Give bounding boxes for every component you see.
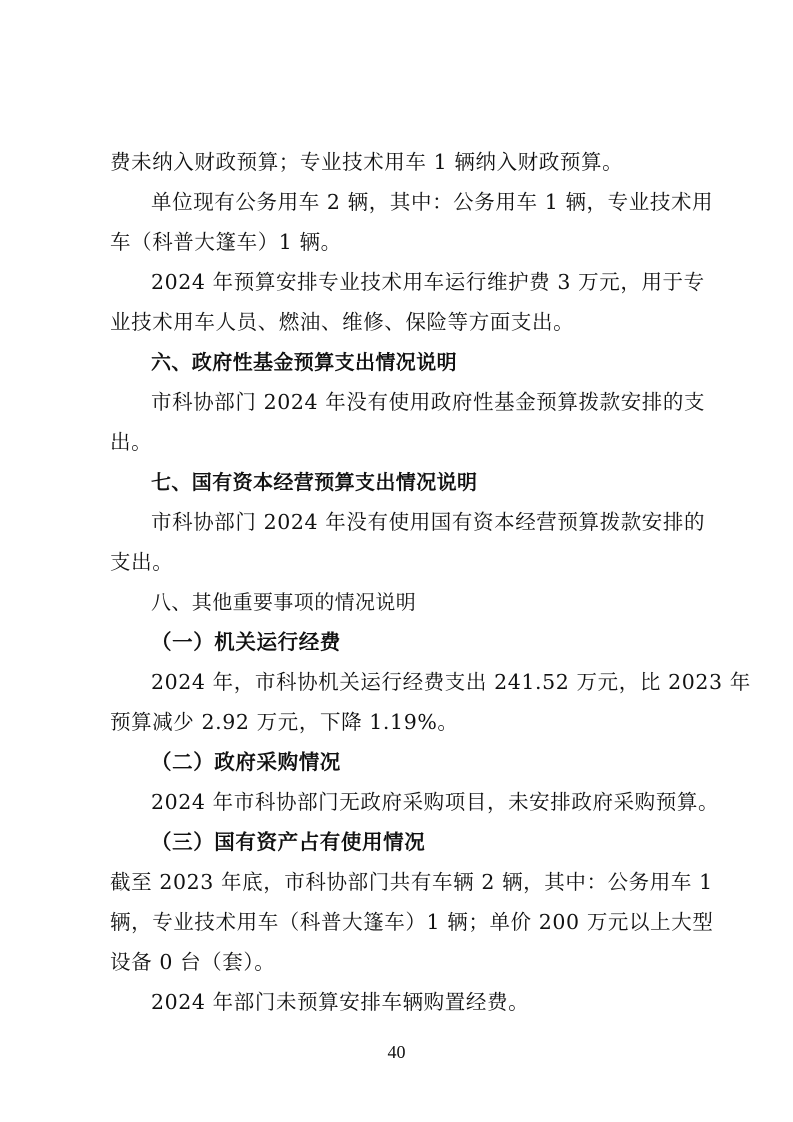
paragraph-line: 2024 年市科协部门无政府采购项目，未安排政府采购预算。 xyxy=(151,788,741,816)
paragraph-line: 费未纳入财政预算；专业技术用车 1 辆纳入财政预算。 xyxy=(110,148,700,176)
subsection-heading-state-assets: （三）国有资产占有使用情况 xyxy=(151,828,741,856)
paragraph-line: 设备 0 台（套）。 xyxy=(110,948,700,976)
paragraph-line: 预算减少 2.92 万元，下降 1.19%。 xyxy=(110,708,700,736)
paragraph-line: 2024 年，市科协机关运行经费支出 241.52 万元，比 2023 年 xyxy=(151,668,741,696)
section-heading-other-matters: 八、其他重要事项的情况说明 xyxy=(151,588,741,616)
paragraph-line: 截至 2023 年底，市科协部门共有车辆 2 辆，其中：公务用车 1 xyxy=(110,868,700,896)
paragraph-line: 支出。 xyxy=(110,548,700,576)
paragraph-line: 出。 xyxy=(110,428,700,456)
paragraph-line: 市科协部门 2024 年没有使用国有资本经营预算拨款安排的 xyxy=(151,508,741,536)
page-number: 40 xyxy=(0,1040,793,1064)
section-heading-government-fund: 六、政府性基金预算支出情况说明 xyxy=(151,348,741,376)
paragraph-line: 2024 年预算安排专业技术用车运行维护费 3 万元，用于专 xyxy=(151,268,741,296)
subsection-heading-operating-expenses: （一）机关运行经费 xyxy=(151,628,741,656)
paragraph-line: 辆，专业技术用车（科普大篷车）1 辆；单价 200 万元以上大型 xyxy=(110,908,700,936)
section-heading-state-capital: 七、国有资本经营预算支出情况说明 xyxy=(151,468,741,496)
paragraph-line: 业技术用车人员、燃油、维修、保险等方面支出。 xyxy=(110,308,700,336)
paragraph-line: 市科协部门 2024 年没有使用政府性基金预算拨款安排的支 xyxy=(151,388,741,416)
paragraph-line: 2024 年部门未预算安排车辆购置经费。 xyxy=(151,988,741,1016)
paragraph-line: 单位现有公务用车 2 辆，其中：公务用车 1 辆，专业技术用 xyxy=(151,188,741,216)
paragraph-line: 车（科普大篷车）1 辆。 xyxy=(110,228,700,256)
document-page: 费未纳入财政预算；专业技术用车 1 辆纳入财政预算。 单位现有公务用车 2 辆，… xyxy=(0,0,793,1122)
subsection-heading-procurement: （二）政府采购情况 xyxy=(151,748,741,776)
